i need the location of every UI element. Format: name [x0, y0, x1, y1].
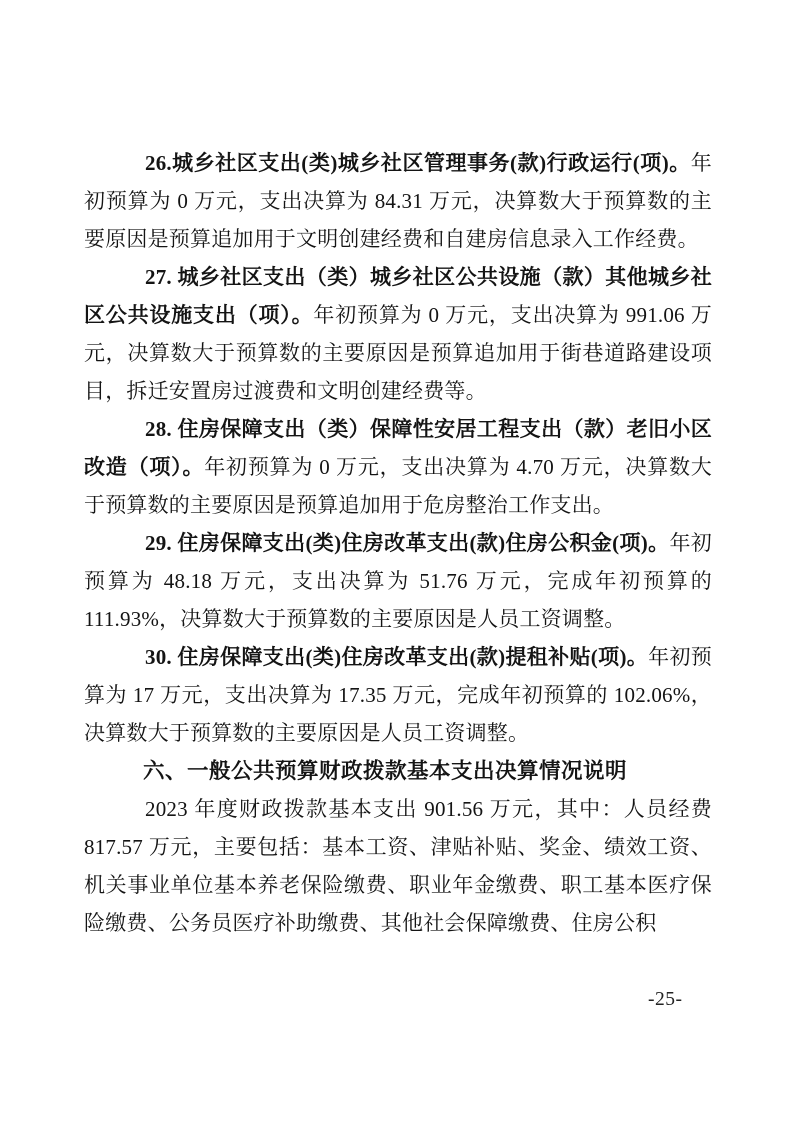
item-29-heading: 29. 住房保障支出(类)住房改革支出(款)住房公积金(项)。 [145, 531, 669, 555]
paragraph-item-27: 27. 城乡社区支出（类）城乡社区公共设施（款）其他城乡社区公共设施支出（项）。… [84, 258, 712, 410]
item-30-heading: 30. 住房保障支出(类)住房改革支出(款)提租补贴(项)。 [145, 645, 648, 669]
item-26-heading: 26.城乡社区支出(类)城乡社区管理事务(款)行政运行(项)。 [145, 151, 691, 175]
section-heading-six: 六、一般公共预算财政拨款基本支出决算情况说明 [84, 752, 712, 790]
paragraph-item-29: 29. 住房保障支出(类)住房改革支出(款)住房公积金(项)。年初预算为 48.… [84, 524, 712, 638]
document-content: 26.城乡社区支出(类)城乡社区管理事务(款)行政运行(项)。年初预算为 0 万… [84, 144, 712, 942]
paragraph-item-30: 30. 住房保障支出(类)住房改革支出(款)提租补贴(项)。年初预算为 17 万… [84, 638, 712, 752]
page-number: -25- [648, 988, 683, 1012]
closing-paragraph: 2023 年度财政拨款基本支出 901.56 万元，其中：人员经费 817.57… [84, 790, 712, 942]
paragraph-item-26: 26.城乡社区支出(类)城乡社区管理事务(款)行政运行(项)。年初预算为 0 万… [84, 144, 712, 258]
paragraph-item-28: 28. 住房保障支出（类）保障性安居工程支出（款）老旧小区改造（项）。年初预算为… [84, 410, 712, 524]
document-page: 26.城乡社区支出(类)城乡社区管理事务(款)行政运行(项)。年初预算为 0 万… [0, 0, 793, 1122]
